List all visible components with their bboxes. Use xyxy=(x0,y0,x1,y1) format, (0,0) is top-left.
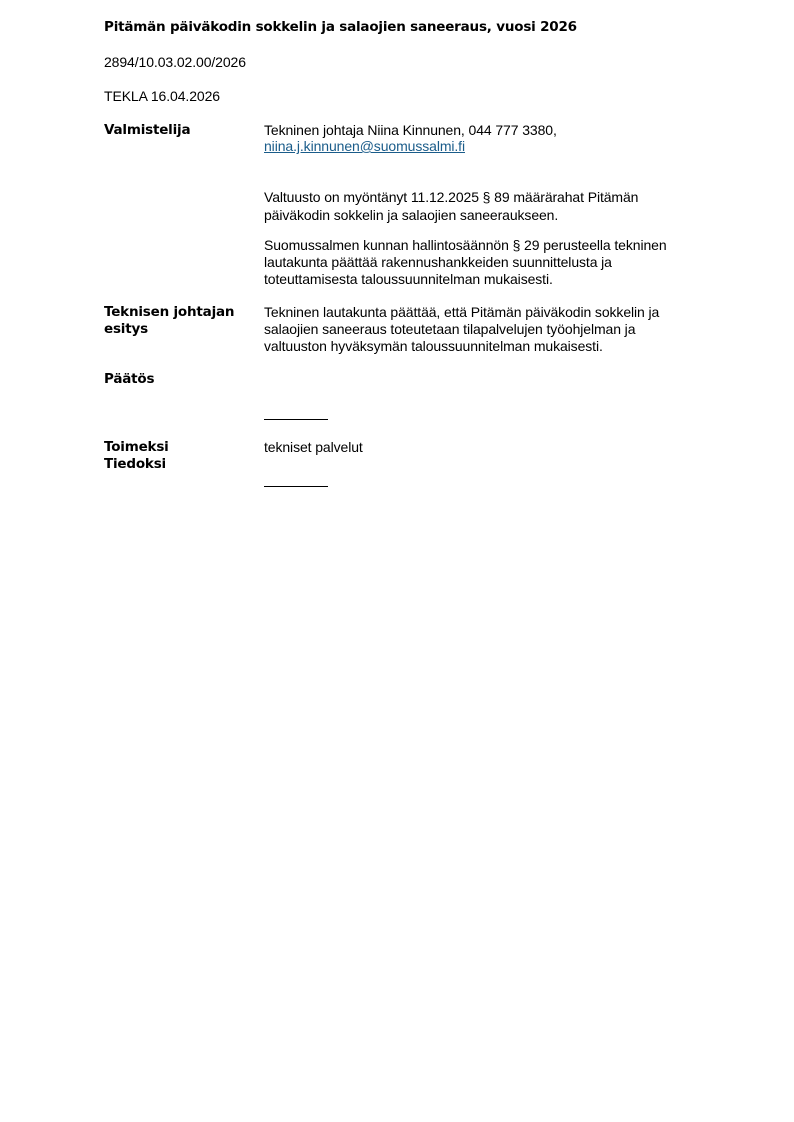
meeting-info: TEKLA 16.04.2026 xyxy=(104,88,220,105)
proposal-line3: valtuuston hyväksymän taloussuunnitelman… xyxy=(264,338,603,355)
background-para1-line2: päiväkodin sokkelin ja salaojien saneera… xyxy=(264,207,558,224)
document-page: Pitämän päiväkodin sokkelin ja salaojien… xyxy=(0,0,794,1122)
decision-label: Päätös xyxy=(104,371,154,387)
proposal-line1: Tekninen lautakunta päättää, että Pitämä… xyxy=(264,304,659,321)
distribution-label-line1: Toimeksi xyxy=(104,439,169,455)
distribution-separator-line xyxy=(264,486,328,487)
document-title: Pitämän päiväkodin sokkelin ja salaojien… xyxy=(104,19,577,35)
preparer-label: Valmistelija xyxy=(104,122,190,138)
distribution-value: tekniset palvelut xyxy=(264,439,363,456)
background-para2-line2: lautakunta päättää rakennushankkeiden su… xyxy=(264,254,612,271)
preparer-email-link[interactable]: niina.j.kinnunen@suomussalmi.fi xyxy=(264,138,465,155)
preparer-name: Tekninen johtaja Niina Kinnunen, 044 777… xyxy=(264,122,557,139)
proposal-line2: salaojien saneeraus toteutetaan tilapalv… xyxy=(264,321,635,338)
background-para2-line1: Suomussalmen kunnan hallintosäännön § 29… xyxy=(264,237,667,254)
proposal-label-line1: Teknisen johtajan xyxy=(104,304,234,320)
background-para1-line1: Valtuusto on myöntänyt 11.12.2025 § 89 m… xyxy=(264,189,638,206)
reference-number: 2894/10.03.02.00/2026 xyxy=(104,54,246,71)
background-para2-line3: toteuttamisesta taloussuunnitelman mukai… xyxy=(264,271,553,288)
proposal-label-line2: esitys xyxy=(104,321,148,337)
distribution-label-line2: Tiedoksi xyxy=(104,456,166,472)
decision-separator-line xyxy=(264,419,328,420)
